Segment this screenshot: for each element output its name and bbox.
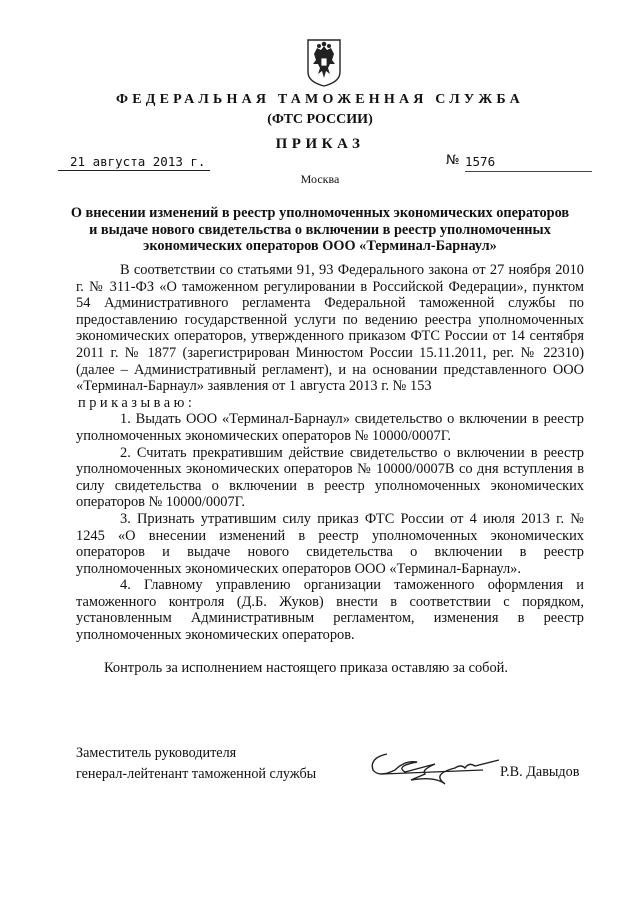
order-number: 1576 [465, 154, 592, 172]
order-word: приказываю: [76, 395, 584, 412]
document-body: В соответствии со статьями 91, 93 Федера… [76, 262, 584, 644]
document-title: О внесении изменений в реестр уполномоче… [0, 205, 640, 255]
document-page: ФЕДЕРАЛЬНАЯ ТАМОЖЕННАЯ СЛУЖБА (ФТС РОССИ… [0, 0, 640, 905]
handwritten-signature-icon [365, 740, 500, 788]
title-line: О внесении изменений в реестр уполномоче… [0, 205, 640, 222]
agency-short-name: (ФТС РОССИИ) [0, 112, 640, 128]
order-date: 21 августа 2013 г. [58, 154, 210, 171]
order-item-4: 4. Главному управлению организации тамож… [76, 577, 584, 643]
order-item-2: 2. Считать прекратившим действие свидете… [76, 445, 584, 511]
agency-name: ФЕДЕРАЛЬНАЯ ТАМОЖЕННАЯ СЛУЖБА [0, 92, 640, 108]
number-label: № [446, 153, 460, 168]
city: Москва [0, 172, 640, 187]
position-line-1: Заместитель руководителя [76, 743, 316, 764]
preamble-paragraph: В соответствии со статьями 91, 93 Федера… [76, 262, 584, 395]
order-item-3: 3. Признать утратившим силу приказ ФТС Р… [76, 511, 584, 577]
order-item-1: 1. Выдать ООО «Терминал-Барнаул» свидете… [76, 411, 584, 444]
signatory-name: Р.В. Давыдов [500, 764, 579, 781]
signatory-position: Заместитель руководителя генерал-лейтена… [76, 743, 316, 785]
position-line-2: генерал-лейтенант таможенной службы [76, 764, 316, 785]
coat-of-arms-icon [306, 38, 342, 88]
title-line: экономических операторов ООО «Терминал-Б… [0, 238, 640, 255]
title-line: и выдаче нового свидетельства о включени… [0, 222, 640, 239]
control-clause: Контроль за исполнением настоящего прика… [104, 660, 508, 677]
document-type: ПРИКАЗ [0, 136, 640, 153]
